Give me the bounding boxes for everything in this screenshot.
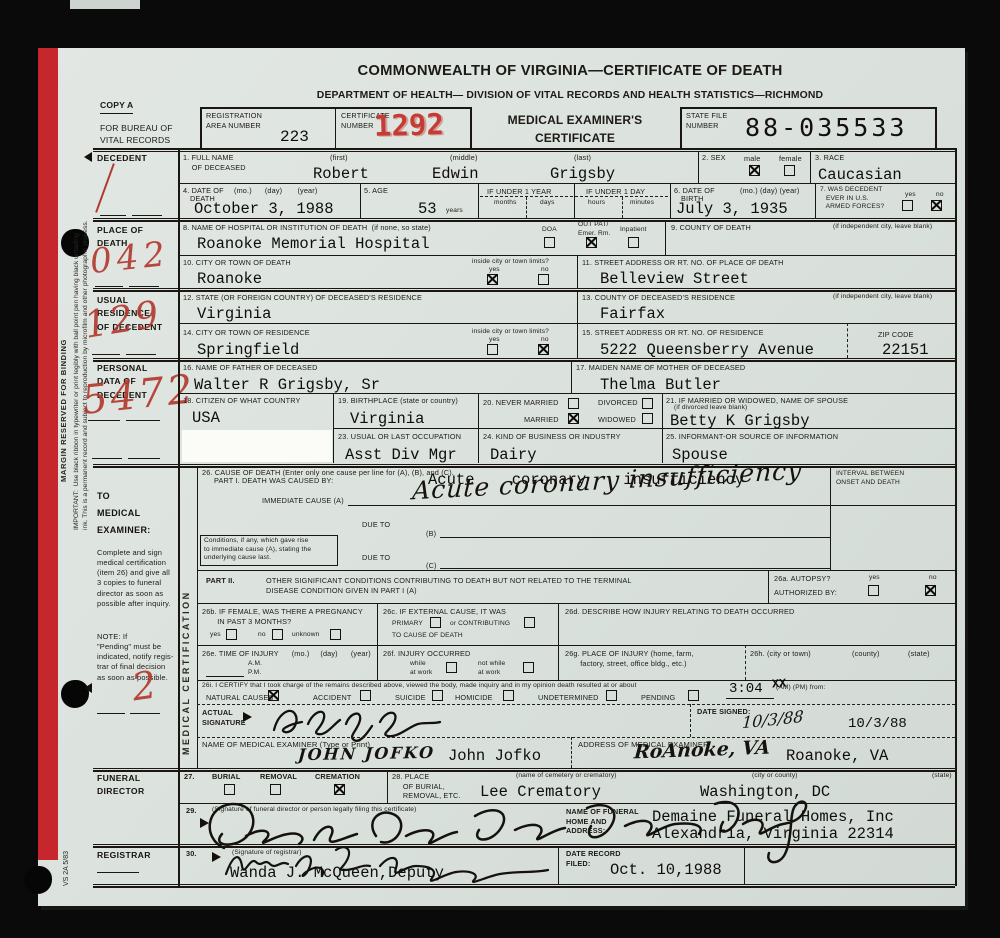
value-state-of-residence: Virginia bbox=[197, 305, 271, 323]
value-father: Walter R Grigsby, Sr bbox=[194, 376, 380, 394]
option-doa: DOA bbox=[542, 226, 557, 235]
checkbox-autopsy-no bbox=[925, 585, 936, 596]
section-label-registrar: REGISTRAR bbox=[97, 849, 151, 862]
field-hint-birth-parts: (mo.) (day) (year) bbox=[740, 186, 799, 196]
margin-binding-text: MARGIN RESERVED FOR BINDING bbox=[59, 312, 68, 482]
grid-line bbox=[680, 107, 682, 148]
grid-line bbox=[93, 360, 955, 362]
grid-line bbox=[132, 215, 162, 216]
grid-line bbox=[92, 354, 120, 355]
option-contributing: or CONTRIBUTING bbox=[450, 620, 510, 629]
grid-line bbox=[333, 393, 334, 463]
value-industry: Dairy bbox=[490, 446, 537, 464]
scan-notch bbox=[70, 0, 140, 9]
grid-line bbox=[93, 218, 955, 219]
checkbox-married bbox=[568, 413, 579, 424]
checkbox-death-limits-yes bbox=[487, 274, 498, 285]
grid-line bbox=[128, 458, 160, 459]
value-birthplace: Virginia bbox=[350, 410, 424, 428]
checkbox-pending bbox=[688, 690, 699, 701]
grid-line bbox=[670, 183, 671, 218]
field-hint-am: A.M. bbox=[248, 660, 262, 669]
checkbox-death-limits-no bbox=[538, 274, 549, 285]
checkbox-outpatient bbox=[586, 237, 597, 248]
checkbox-pregnancy-yes bbox=[226, 629, 237, 640]
grid-line bbox=[558, 846, 559, 884]
field-label-age: 5. AGE bbox=[364, 186, 388, 196]
grid-line bbox=[93, 151, 955, 152]
option-natural-causes: NATURAL CAUSES bbox=[206, 693, 273, 703]
field-label-hospital: 8. NAME OF HOSPITAL OR INSTITUTION OF DE… bbox=[183, 223, 431, 233]
grid-line bbox=[93, 148, 955, 150]
grid-line bbox=[571, 737, 572, 768]
section-label-decedent: DECEDENT bbox=[97, 152, 147, 165]
grid-line bbox=[333, 428, 955, 429]
grid-line bbox=[440, 568, 830, 569]
checkbox-pregnancy-no bbox=[272, 629, 283, 640]
value-hospital: Roanoke Memorial Hospital bbox=[197, 235, 430, 253]
grid-line bbox=[847, 323, 848, 358]
option-burial: BURIAL bbox=[212, 772, 240, 782]
field-label-immediate-cause: IMMEDIATE CAUSE (A) bbox=[262, 496, 344, 506]
field-label-city-of-residence: 14. CITY OR TOWN OF RESIDENCE bbox=[183, 328, 310, 338]
field-label-part2-text: OTHER SIGNIFICANT CONDITIONS CONTRIBUTIN… bbox=[266, 576, 632, 595]
option-never-married: 20. NEVER MARRIED bbox=[483, 398, 559, 408]
value-occupation: Asst Div Mgr bbox=[345, 446, 457, 464]
grid-line bbox=[768, 570, 769, 603]
red-annotation: 042 bbox=[88, 234, 172, 282]
field-label-street-of-residence: 15. STREET ADDRESS OR RT. NO. OF RESIDEN… bbox=[582, 328, 764, 338]
grid-line bbox=[680, 107, 935, 109]
option-undetermined: UNDETERMINED bbox=[538, 693, 599, 703]
redacted-area bbox=[182, 430, 332, 462]
option-widowed: WIDOWED bbox=[598, 415, 636, 425]
conditions-note: Conditions, if any, which gave rise to i… bbox=[204, 537, 311, 563]
grid-line bbox=[571, 360, 572, 393]
typed-me-address: Roanoke, VA bbox=[786, 747, 888, 765]
field-label-city-of-death: 10. CITY OR TOWN OF DEATH bbox=[183, 258, 291, 268]
document-subtitle: DEPARTMENT OF HEALTH— DIVISION OF VITAL … bbox=[200, 89, 940, 103]
option-outpatient: OUT PAT/ Emer. Rm. bbox=[578, 221, 611, 238]
value-mother: Thelma Butler bbox=[600, 376, 721, 394]
grid-line bbox=[93, 220, 955, 222]
value-city-of-death: Roanoke bbox=[197, 270, 262, 288]
field-label-pregnancy: 26b. IF FEMALE, WAS THERE A PREGNANCY IN… bbox=[202, 607, 363, 626]
typed-strikeout-xx: XX bbox=[772, 677, 787, 692]
option-not-while-at-work: not while at work bbox=[478, 660, 505, 677]
option-no: no bbox=[936, 191, 944, 200]
typed-registrar-name: Wanda J. McQueen,Deputy bbox=[230, 864, 444, 882]
field-label-due-to-c: DUE TO bbox=[362, 553, 390, 563]
grid-line bbox=[935, 107, 937, 148]
checkbox-widowed bbox=[642, 413, 653, 424]
field-label-autopsy: 26a. AUTOPSY? bbox=[774, 574, 831, 584]
field-hint-first: (first) bbox=[330, 153, 348, 163]
medical-certification-vertical-label: MEDICAL CERTIFICATION bbox=[181, 485, 191, 755]
option-divorced: DIVORCED bbox=[598, 398, 638, 408]
scanned-death-certificate: MARGIN RESERVED FOR BINDING IMPORTANT: U… bbox=[0, 0, 1000, 938]
grid-line bbox=[206, 676, 244, 677]
value-age: 53 bbox=[418, 200, 437, 218]
checkbox-never-married bbox=[568, 398, 579, 409]
option-female: female bbox=[779, 154, 802, 164]
state-file-label: STATE FILE NUMBER bbox=[686, 111, 727, 130]
grid-line bbox=[830, 466, 831, 570]
value-race: Caucasian bbox=[818, 166, 902, 184]
field-hint-minutes: minutes bbox=[630, 199, 654, 208]
field-label-b: (B) bbox=[426, 529, 436, 539]
state-file-number: 88-035533 bbox=[745, 113, 907, 142]
grid-line bbox=[698, 151, 699, 183]
grid-line bbox=[100, 215, 126, 216]
registration-mark-icon bbox=[84, 683, 92, 693]
grid-line bbox=[178, 148, 180, 886]
grid-line bbox=[955, 148, 957, 886]
field-label-race: 3. RACE bbox=[815, 153, 844, 163]
option-married: MARRIED bbox=[524, 415, 559, 425]
grid-line bbox=[577, 323, 578, 358]
field-hint-last: (last) bbox=[574, 153, 591, 163]
field-label-street-of-death: 11. STREET ADDRESS OR RT. NO. OF PLACE O… bbox=[582, 258, 784, 268]
value-city-of-residence: Springfield bbox=[197, 341, 299, 359]
checkbox-inpatient bbox=[628, 237, 639, 248]
section-label-to-medical-examiner: TO MEDICAL EXAMINER: bbox=[97, 488, 151, 539]
checkbox-residence-limits-yes bbox=[487, 344, 498, 355]
field-label-under-1-day: IF UNDER 1 DAY bbox=[586, 187, 645, 197]
grid-line bbox=[93, 464, 955, 465]
value-date-of-birth: July 3, 1935 bbox=[676, 200, 788, 218]
option-pending: PENDING bbox=[641, 693, 675, 703]
field-label-sex: 2. SEX bbox=[702, 153, 726, 163]
grid-line bbox=[93, 288, 955, 289]
value-time-of-death: 3:04 bbox=[729, 681, 763, 697]
grid-line bbox=[360, 183, 361, 218]
grid-line bbox=[178, 323, 955, 324]
to-medical-examiner-note: Complete and sign medical certification … bbox=[97, 548, 171, 609]
field-label-part1: PART I. DEATH WAS CAUSED BY: bbox=[214, 476, 333, 486]
certificate-number-stamp: 1292 bbox=[374, 107, 445, 143]
grid-line bbox=[690, 704, 691, 737]
field-label-under-1-year: IF UNDER 1 YEAR bbox=[487, 187, 552, 197]
field-label-armed-forces: 7. WAS DECEDENT EVER IN U.S. ARMED FORCE… bbox=[820, 186, 884, 212]
grid-line bbox=[377, 603, 378, 680]
grid-line bbox=[478, 393, 479, 463]
value-citizen: USA bbox=[192, 409, 220, 427]
field-label-injury-occurred: 26f. INJURY OCCURRED bbox=[383, 649, 470, 659]
field-hint-hours: hours bbox=[588, 199, 605, 208]
registration-area-value: 223 bbox=[280, 128, 309, 146]
option-yes: yes bbox=[905, 191, 916, 200]
value-funeral-home-address: Alexandria, Virginia 22314 bbox=[652, 825, 894, 843]
field-hint-middle: (middle) bbox=[450, 153, 478, 163]
option-unknown: unknown bbox=[292, 631, 319, 640]
field-label-injury-city: 26h. (city or town) bbox=[750, 649, 811, 659]
option-yes: yes bbox=[869, 574, 880, 583]
field-label-funeral-home: NAME OF FUNERAL HOME AND ADDRESS: bbox=[566, 807, 639, 836]
grid-line bbox=[558, 603, 559, 680]
value-date-of-death: October 3, 1988 bbox=[194, 200, 334, 218]
field-label-county-of-death: 9. COUNTY OF DEATH bbox=[671, 223, 751, 233]
field-hint-city-limits: inside city or town limits? bbox=[472, 328, 549, 337]
option-while-at-work: while at work bbox=[410, 660, 432, 677]
checkbox-burial bbox=[224, 784, 235, 795]
option-male: male bbox=[744, 154, 760, 164]
field-label-27: 27. bbox=[184, 772, 195, 782]
checkbox-undetermined bbox=[606, 690, 617, 701]
hole-punch bbox=[24, 866, 52, 894]
field-label-due-to-b: DUE TO bbox=[362, 520, 390, 530]
red-binding-stripe bbox=[38, 48, 58, 860]
field-label-external-cause: 26c. IF EXTERNAL CAUSE, IT WAS bbox=[383, 607, 506, 617]
registration-area-label: REGISTRATION AREA NUMBER bbox=[206, 111, 262, 130]
grid-line bbox=[197, 570, 955, 571]
grid-line bbox=[178, 255, 955, 256]
grid-line bbox=[88, 420, 120, 421]
checkbox-cremation bbox=[334, 784, 345, 795]
field-hint-city-county: (city or county) bbox=[752, 772, 798, 781]
grid-line bbox=[93, 768, 955, 769]
value-last-name: Grigsby bbox=[550, 165, 615, 183]
copy-label: COPY A bbox=[100, 100, 133, 114]
grid-line bbox=[197, 680, 955, 681]
grid-line bbox=[335, 107, 336, 148]
grid-line bbox=[95, 286, 123, 287]
checkbox-removal bbox=[270, 784, 281, 795]
checkbox-armed-forces-no bbox=[931, 200, 942, 211]
field-label-mother: 17. MAIDEN NAME OF MOTHER OF DECEASED bbox=[576, 363, 745, 373]
value-county-of-residence: Fairfax bbox=[600, 305, 665, 323]
value-zip: 22151 bbox=[882, 341, 929, 359]
field-label-time-of-injury: 26e. TIME OF INJURY (mo.) (day) (year) bbox=[202, 649, 371, 659]
field-hint-date-parts: (mo.) (day) (year) bbox=[234, 186, 317, 196]
checkbox-autopsy-yes bbox=[868, 585, 879, 596]
option-yes: yes bbox=[210, 631, 221, 640]
checkbox-armed-forces-yes bbox=[902, 200, 913, 211]
option-no: no bbox=[258, 631, 266, 640]
option-cremation: CREMATION bbox=[315, 772, 360, 782]
checkbox-primary bbox=[430, 617, 441, 628]
checkbox-sex-male bbox=[749, 165, 760, 176]
value-funeral-home-name: Demaine Funeral Homes, Inc bbox=[652, 808, 894, 826]
section-label-funeral-director: FUNERAL DIRECTOR bbox=[97, 772, 145, 799]
checkbox-homicide bbox=[503, 690, 514, 701]
grid-line bbox=[197, 737, 955, 738]
grid-line bbox=[622, 197, 623, 218]
checkbox-while-at-work bbox=[446, 662, 457, 673]
field-label-county-of-residence: 13. COUNTY OF DECEASED'S RESIDENCE bbox=[582, 293, 735, 303]
document-title: COMMONWEALTH OF VIRGINIA—CERTIFICATE OF … bbox=[200, 62, 940, 82]
checkbox-doa bbox=[544, 237, 555, 248]
field-hint-cemetery: (name of cemetery or crematory) bbox=[516, 772, 617, 781]
grid-line bbox=[97, 872, 139, 873]
grid-line bbox=[744, 846, 745, 884]
field-hint-pm: P.M. bbox=[248, 669, 261, 678]
grid-line bbox=[126, 420, 160, 421]
checkbox-contributing bbox=[524, 617, 535, 628]
typed-me-name: John Jofko bbox=[448, 747, 541, 765]
field-label-industry: 24. KIND OF BUSINESS OR INDUSTRY bbox=[483, 432, 621, 442]
field-hint-years: years bbox=[446, 207, 463, 216]
field-label-authorized-by: AUTHORIZED BY: bbox=[774, 588, 837, 598]
margin-important-text: IMPORTANT: Use black ribbon in typewrite… bbox=[73, 190, 80, 530]
option-removal: REMOVAL bbox=[260, 772, 297, 782]
grid-line bbox=[440, 537, 830, 538]
checkbox-divorced bbox=[642, 398, 653, 409]
field-label-to-cause: TO CAUSE OF DEATH bbox=[392, 632, 463, 641]
grid-line bbox=[126, 354, 156, 355]
grid-line bbox=[577, 255, 578, 288]
field-label-zip: ZIP CODE bbox=[878, 330, 914, 340]
field-hint-county: (county) bbox=[852, 649, 880, 659]
field-label-part2: PART II. bbox=[206, 576, 235, 586]
grid-line bbox=[810, 151, 811, 183]
grid-line bbox=[526, 197, 527, 218]
field-label-state-of-residence: 12. STATE (OR FOREIGN COUNTRY) OF DECEAS… bbox=[183, 293, 422, 303]
field-label-describe-injury: 26d. DESCRIBE HOW INJURY RELATING TO DEA… bbox=[565, 607, 794, 617]
grid-line bbox=[200, 107, 202, 148]
grid-line bbox=[577, 290, 578, 323]
field-label-place-of-injury: 26g. PLACE OF INJURY (home, farm, factor… bbox=[565, 649, 694, 668]
grid-line bbox=[97, 713, 125, 714]
grid-line bbox=[197, 466, 198, 768]
signature-arrow-icon bbox=[243, 712, 252, 722]
field-hint-independent-city: (if independent city, leave blank) bbox=[833, 223, 932, 232]
field-label-actual-signature: ACTUAL SIGNATURE bbox=[202, 708, 246, 727]
checkbox-residence-limits-no bbox=[538, 344, 549, 355]
checkbox-not-while-at-work bbox=[523, 662, 534, 673]
value-date-filed: Oct. 10,1988 bbox=[610, 861, 722, 879]
field-label-father: 16. NAME OF FATHER OF DECEASED bbox=[183, 363, 318, 373]
grid-line bbox=[726, 698, 774, 699]
field-label-birthplace: 19. BIRTHPLACE (state or country) bbox=[338, 396, 458, 406]
option-inpatient: Inpatient bbox=[620, 226, 647, 235]
bureau-label: FOR BUREAU OF VITAL RECORDS bbox=[100, 122, 173, 147]
handwritten-me-name: JOHN JOFKO bbox=[297, 743, 435, 764]
option-no: no bbox=[929, 574, 937, 583]
grid-line bbox=[665, 220, 666, 255]
grid-line bbox=[130, 713, 160, 714]
field-label-occupation: 23. USUAL OR LAST OCCUPATION bbox=[338, 432, 461, 442]
margin-important-text: ink. This is a permanent record and subj… bbox=[82, 190, 89, 530]
field-hint-state: (state) bbox=[932, 772, 952, 781]
grid-line bbox=[93, 290, 955, 292]
field-label-informant: 25. INFORMANT-OR SOURCE OF INFORMATION bbox=[666, 432, 838, 442]
field-hint-city-limits: inside city or town limits? bbox=[472, 258, 549, 267]
field-hint-days: days bbox=[540, 199, 555, 208]
field-label-30: 30. bbox=[186, 849, 197, 859]
typed-date-signed: 10/3/88 bbox=[848, 716, 907, 732]
field-hint-independent-city: (if independent city, leave blank) bbox=[833, 293, 932, 302]
value-middle-name: Edwin bbox=[432, 165, 479, 183]
grid-line bbox=[197, 645, 955, 646]
value-street-of-residence: 5222 Queensberry Avenue bbox=[600, 341, 814, 359]
value-first-name: Robert bbox=[313, 165, 369, 183]
field-hint-state: (state) bbox=[908, 649, 930, 659]
checkbox-sex-female bbox=[784, 165, 795, 176]
grid-line bbox=[745, 645, 746, 680]
grid-line bbox=[815, 183, 816, 218]
grid-line bbox=[129, 286, 159, 287]
grid-line bbox=[662, 393, 663, 463]
field-label-citizen: 18. CITIZEN OF WHAT COUNTRY bbox=[183, 396, 301, 406]
option-primary: PRIMARY bbox=[392, 620, 423, 629]
field-label-interval: INTERVAL BETWEEN ONSET AND DEATH bbox=[836, 470, 904, 487]
grid-line bbox=[478, 183, 479, 218]
field-hint-months: months bbox=[494, 199, 517, 208]
checkbox-pregnancy-unknown bbox=[330, 629, 341, 640]
value-spouse: Betty K Grigsby bbox=[670, 412, 810, 430]
registration-mark-icon bbox=[84, 152, 92, 162]
grid-line bbox=[92, 458, 122, 459]
form-code: VS 2A 5/83 bbox=[63, 820, 70, 886]
value-street-of-death: Belleview Street bbox=[600, 270, 749, 288]
field-label-full-name: 1. FULL NAME OF DECEASED bbox=[183, 153, 246, 172]
grid-line bbox=[197, 603, 955, 604]
grid-line bbox=[574, 183, 575, 218]
grid-line bbox=[348, 505, 955, 506]
medical-examiner-certificate-label: MEDICAL EXAMINER'S CERTIFICATE bbox=[470, 111, 680, 147]
